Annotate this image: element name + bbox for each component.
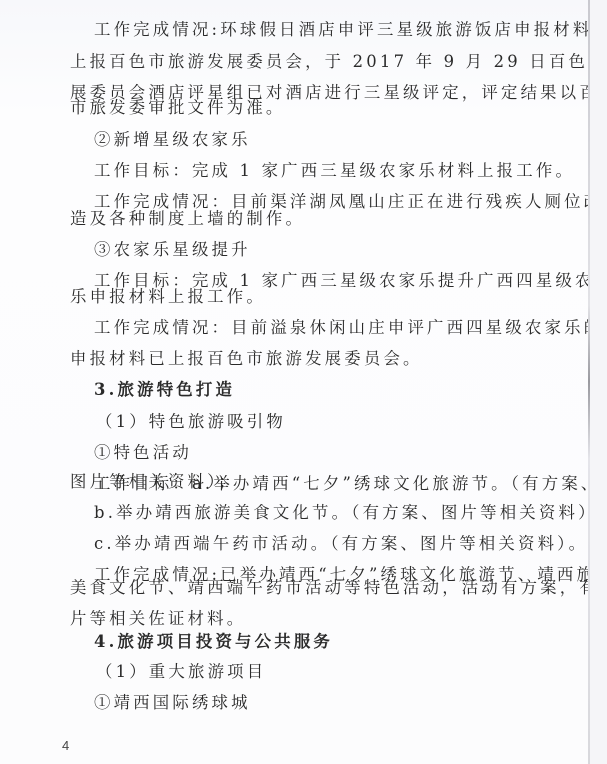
paragraph-line: 工作完成情况：目前溢泉休闲山庄申评广西四星级农家乐的	[94, 318, 574, 338]
paragraph-line: 工作目标：完成 1 家广西三星级农家乐材料上报工作。	[94, 161, 574, 181]
document-page: 工作完成情况:环球假日酒店申评三星级旅游饭店申报材料已 上报百色市旅游发展委员会…	[0, 0, 588, 764]
paragraph-line: 申报材料已上报百色市旅游发展委员会。	[70, 349, 550, 369]
subsection-heading: （1）特色旅游吸引物	[96, 412, 576, 432]
page-number: 4	[62, 738, 69, 753]
paragraph-line: 片等相关佐证材料。	[70, 609, 550, 629]
paragraph-line: 乐申报材料上报工作。	[70, 287, 550, 307]
paragraph-line: 上报百色市旅游发展委员会，于 2017 年 9 月 29 日百色市旅游发	[70, 52, 550, 72]
paragraph-line: c.举办靖西端午药市活动。（有方案、图片等相关资料）。	[94, 534, 574, 554]
subsection-heading: ①特色活动	[94, 443, 574, 463]
paragraph-line: 造及各种制度上墙的制作。	[70, 209, 550, 229]
subsection-heading: ③农家乐星级提升	[94, 240, 574, 260]
section-heading: 4.旅游项目投资与公共服务	[94, 632, 574, 652]
subsection-heading: ②新增星级农家乐	[94, 130, 574, 150]
subsection-heading: ①靖西国际绣球城	[94, 693, 574, 713]
paragraph-line: 工作完成情况:环球假日酒店申评三星级旅游饭店申报材料已	[94, 20, 574, 40]
paragraph-line: b.举办靖西旅游美食文化节。（有方案、图片等相关资料）；	[94, 503, 574, 523]
paragraph-line: 市旅发委审批文件为准。	[70, 98, 550, 118]
paragraph-line: 美食文化节、靖西端午药市活动等特色活动，活动有方案，有图	[70, 578, 550, 598]
section-heading: 3.旅游特色打造	[94, 380, 574, 400]
subsection-heading: （1）重大旅游项目	[96, 662, 576, 682]
page-margin	[590, 0, 607, 764]
paragraph-line: 图片等相关资料）；	[70, 472, 550, 492]
